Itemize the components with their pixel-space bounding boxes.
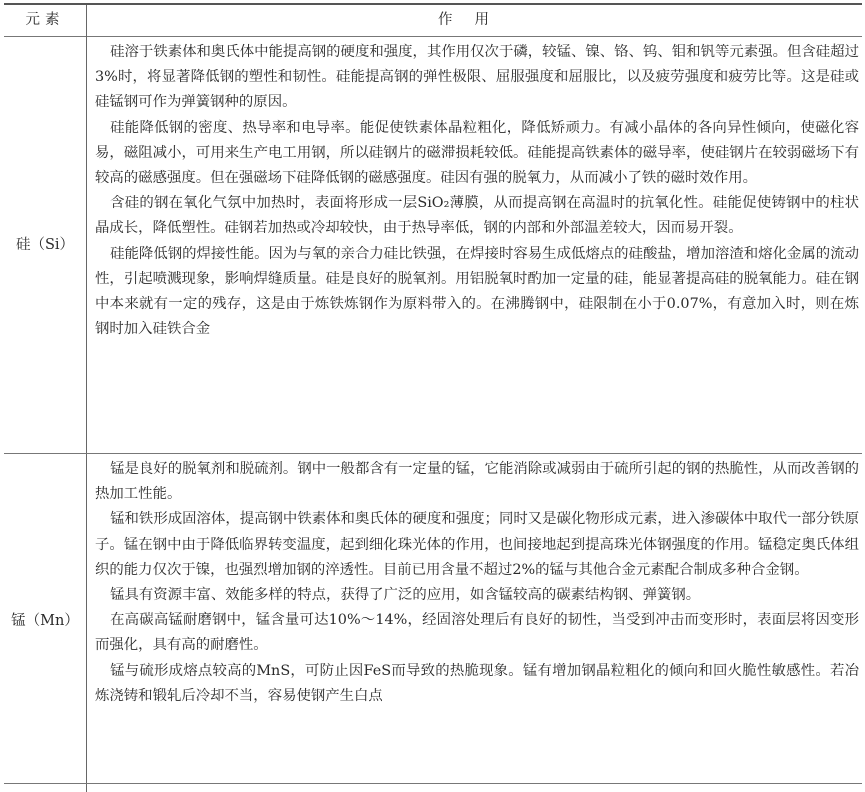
header-effect: 作用 <box>87 5 862 36</box>
table-header-row: 元素 作用 <box>4 5 862 36</box>
element-label-manganese: 锰（Mn） <box>4 609 86 630</box>
paragraph: 锰与硫形成熔点较高的MnS，可防止因FeS而导致的热脆现象。锰有增加钢晶粒粗化的… <box>95 659 859 709</box>
element-label-silicon: 硅（Si） <box>4 233 86 254</box>
paragraph: 锰具有资源丰富、效能多样的特点，获得了广泛的应用，如含锰较高的碳素结构钢、弹簧钢… <box>95 583 859 608</box>
paragraph: 硅能降低钢的密度、热导率和电导率。能促使铁素体晶粒粗化，降低矫顽力。有减小晶体的… <box>95 116 859 192</box>
table-row-manganese: 锰（Mn） 锰是良好的脱氧剂和脱硫剂。钢中一般都含有一定量的锰，它能消除或减弱由… <box>4 454 862 783</box>
paragraph: 锰和铁形成固溶体，提高钢中铁素体和奥氏体的硬度和强度；同时又是碳化物形成元素，进… <box>95 507 859 583</box>
paragraph: 硅能降低钢的焊接性能。因为与氧的亲合力硅比铁强，在焊接时容易生成低熔点的硅酸盐，… <box>95 242 859 343</box>
paragraph: 锰是良好的脱氧剂和脱硫剂。钢中一般都含有一定量的锰，它能消除或减弱由于硫所引起的… <box>95 457 859 507</box>
row-rule <box>4 783 862 784</box>
effect-text-manganese: 锰是良好的脱氧剂和脱硫剂。钢中一般都含有一定量的锰，它能消除或减弱由于硫所引起的… <box>95 457 859 709</box>
paragraph: 硅溶于铁素体和奥氏体中能提高钢的硬度和强度，其作用仅次于磷，较锰、镍、铬、钨、钼… <box>95 40 859 116</box>
paragraph: 含硅的钢在氧化气氛中加热时，表面将形成一层SiO₂薄膜，从而提高钢在高温时的抗氧… <box>95 191 859 241</box>
table-row-silicon: 硅（Si） 硅溶于铁素体和奥氏体中能提高钢的硬度和强度，其作用仅次于磷，较锰、镍… <box>4 37 862 453</box>
effect-text-silicon: 硅溶于铁素体和奥氏体中能提高钢的硬度和强度，其作用仅次于磷，较锰、镍、铬、钨、钼… <box>95 40 859 342</box>
paragraph: 在高碳高锰耐磨钢中，锰含量可达10%～14%，经固溶处理后有良好的韧性，当受到冲… <box>95 608 859 658</box>
header-element: 元素 <box>4 5 86 36</box>
